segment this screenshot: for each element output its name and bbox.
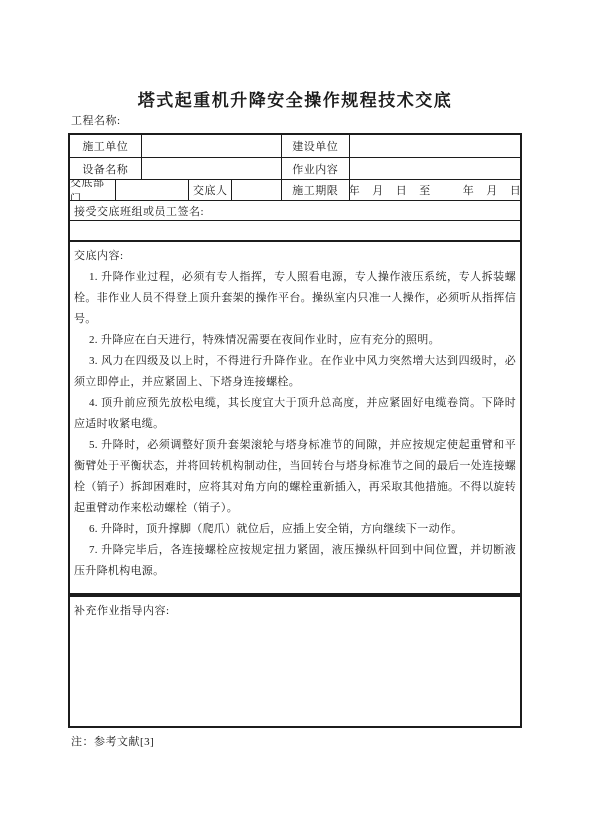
signature-blank-field — [70, 221, 520, 241]
date-token: 日 — [396, 182, 408, 198]
content-paragraph: 1. 升降作业过程，必须有专人指挥，专人照看电源，专人操作液压系统，专人拆装螺栓… — [74, 267, 516, 330]
table-row: 交底部门 交底人 施工期限 年 月 日 至 年 月 日 — [70, 179, 520, 200]
page-title: 塔式起重机升降安全操作规程技术交底 — [68, 86, 522, 111]
reference-note: 注：参考文献[3] — [71, 733, 154, 749]
owner-unit-field — [349, 135, 520, 157]
document-page: 塔式起重机升降安全操作规程技术交底 工程名称: 施工单位 建设单位 设备名称 作… — [0, 0, 590, 835]
table-row: 接受交底班组或员工签名: — [70, 200, 520, 220]
project-name-label: 工程名称: — [71, 112, 121, 128]
signature-label: 接受交底班组或员工签名: — [70, 201, 520, 220]
date-token: 日 — [510, 182, 520, 198]
content-paragraph: 6. 升降时，顶升撑脚（爬爪）就位后，应插上安全销，方向继续下一动作。 — [74, 519, 516, 540]
date-token: 月 — [372, 182, 384, 198]
disclosure-content-section: 交底内容: 1. 升降作业过程，必须有专人指挥，专人照看电源，专人操作液压系统，… — [68, 240, 522, 595]
work-content-label: 作业内容 — [281, 158, 349, 179]
date-token: 年 — [349, 182, 360, 198]
work-content-field — [349, 158, 520, 179]
header-table: 施工单位 建设单位 设备名称 作业内容 交底部门 交底人 施工期限 年 月 日 … — [68, 133, 522, 243]
content-paragraph: 5. 升降时，必须调整好顶升套架滚轮与塔身标准节的间隙，并应按规定使起重臂和平衡… — [74, 435, 516, 519]
supplement-label: 补充作业指导内容: — [74, 601, 516, 622]
supplement-section: 补充作业指导内容: — [68, 595, 522, 728]
disclosure-content-label: 交底内容: — [74, 246, 516, 267]
construction-period-field: 年 月 日 至 年 月 日 — [349, 180, 520, 200]
construction-unit-label: 施工单位 — [70, 135, 141, 157]
date-token: 年 — [463, 182, 475, 198]
table-row: 施工单位 建设单位 — [70, 135, 520, 157]
content-paragraph: 3. 风力在四级及以上时，不得进行升降作业。在作业中风力突然增大达到四级时，必须… — [74, 351, 516, 393]
date-token: 至 — [419, 182, 431, 198]
disclosure-dept-label: 交底部门 — [70, 180, 115, 200]
content-paragraph: 4. 顶升前应预先放松电缆，其长度宜大于顶升总高度，并应紧固好电缆卷筒。下降时应… — [74, 393, 516, 435]
table-row — [70, 220, 520, 241]
construction-period-label: 施工期限 — [281, 180, 349, 200]
date-token: 月 — [486, 182, 498, 198]
owner-unit-label: 建设单位 — [281, 135, 349, 157]
table-row: 设备名称 作业内容 — [70, 157, 520, 179]
equipment-name-label: 设备名称 — [70, 158, 141, 179]
equipment-name-field — [141, 158, 281, 179]
content-paragraph: 7. 升降完毕后，各连接螺栓应按规定扭力紧固，液压操纵杆回到中间位置，并切断液压… — [74, 540, 516, 582]
content-paragraph: 2. 升降应在白天进行，特殊情况需要在夜间作业时，应有充分的照明。 — [74, 330, 516, 351]
construction-unit-field — [141, 135, 281, 157]
disclosure-dept-field — [115, 180, 188, 200]
discloser-label: 交底人 — [188, 180, 231, 200]
discloser-field — [231, 180, 281, 200]
